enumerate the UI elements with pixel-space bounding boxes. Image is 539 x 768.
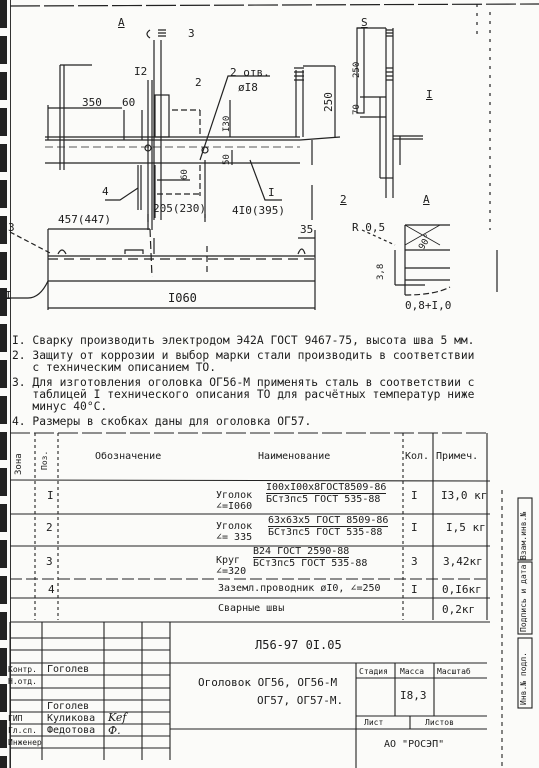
row5-name: Сварные швы (218, 604, 284, 614)
row5-mass: 0,2кг (442, 604, 475, 615)
title-line-1: Оголовок ОГ56, ОГ56-М (198, 677, 337, 688)
scale-label: Масштаб (437, 668, 471, 676)
stamp-original-inv: Инв.№ подл. (519, 652, 528, 705)
row2-pos: 2 (46, 522, 53, 533)
signature-2: Ф. (108, 725, 121, 736)
row2-steel: БСт3пс5 ГОСТ 535-88 (268, 528, 382, 538)
header-pos: Поз. (40, 451, 49, 470)
stamp-signature-date: Подпись и дата (519, 565, 528, 632)
row3-steel: БСт3пс5 ГОСТ 535-88 (253, 559, 367, 569)
row1-profile: I00xI00x8ГОСТ8509-86 (266, 483, 386, 494)
spec-table-grid (0, 0, 539, 768)
name-1: Гоголев (47, 665, 89, 675)
role-1: Контр. (8, 666, 37, 674)
row3-qty: 3 (411, 556, 418, 567)
row1-pos: I (47, 490, 54, 501)
signature-1: Kef (108, 712, 127, 723)
header-designation: Обозначение (95, 452, 161, 462)
mass-value: I8,3 (400, 690, 427, 701)
row2-qty: I (411, 522, 418, 533)
header-note: Примеч. (436, 452, 478, 462)
row1-length: ∠=I060 (216, 502, 252, 512)
header-name: Наименование (258, 452, 330, 462)
row4-name: Заземл.проводник øI0, ∠=250 (218, 584, 381, 594)
doc-code: Л56-97 0I.05 (255, 639, 342, 651)
row4-pos: 4 (48, 584, 55, 595)
role-4: ГИП (8, 715, 22, 723)
role-6: Инженер (8, 739, 42, 747)
stage-label: Стадия (359, 668, 388, 676)
row2-name: Уголок (216, 522, 252, 532)
row3-mass: 3,42кг (443, 556, 483, 567)
row2-mass: I,5 кг (446, 522, 486, 533)
header-qty: Кол. (405, 452, 429, 462)
mass-label: Масса (400, 668, 424, 676)
title-line-2: ОГ57, ОГ57-М. (257, 695, 343, 706)
name-5: Куликова (47, 714, 95, 724)
row1-steel: БСт3пс5 ГОСТ 535-88 (266, 495, 380, 505)
role-5: Гл.сп. (8, 727, 37, 735)
row3-pos: 3 (46, 556, 53, 567)
row4-mass: 0,I6кг (442, 584, 482, 595)
name-6: Федотова (47, 726, 95, 736)
stamp-replacement-inv: Взам.инв.№ (519, 512, 528, 560)
header-zone: Зона (14, 453, 24, 475)
row1-qty: I (411, 490, 418, 501)
organization: АО "РОСЭП" (384, 740, 444, 750)
row4-qty: I (411, 584, 418, 595)
row1-mass: I3,0 кг (441, 490, 487, 501)
row1-name: Уголок (216, 491, 252, 501)
name-4: Гоголев (47, 702, 89, 712)
row2-profile: 63x63x5 ГОСТ 8509-86 (268, 516, 388, 527)
sheet-label: Лист (364, 719, 383, 727)
row2-length: ∠= 335 (216, 533, 252, 543)
row3-length: ∠=320 (216, 567, 246, 577)
role-2: Н.отд. (8, 678, 37, 686)
row3-profile: В24 ГОСТ 2590-88 (253, 547, 349, 558)
row3-name: Круг (216, 556, 240, 566)
sheets-label: Листов (425, 719, 454, 727)
